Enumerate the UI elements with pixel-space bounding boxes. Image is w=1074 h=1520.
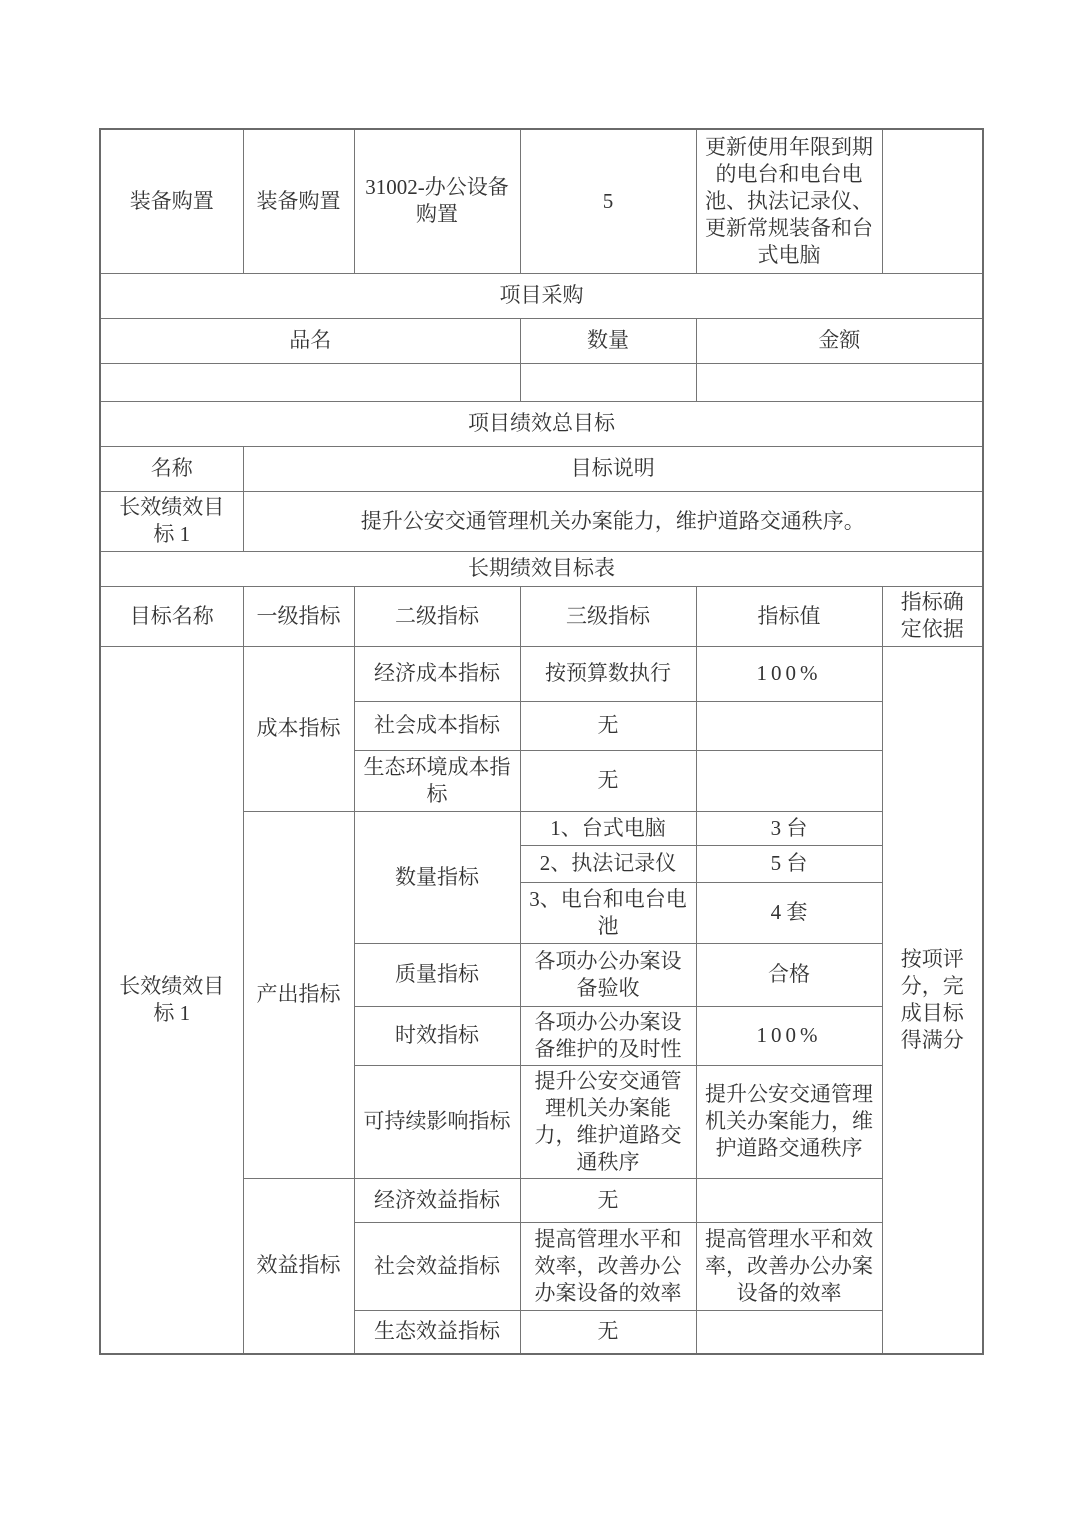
cell-value: 4 套: [696, 882, 882, 943]
cell-equipment-category: 装备购置: [100, 129, 243, 273]
cell-value: 3 台: [696, 811, 882, 845]
cell-level3: 3、电台和电台电池: [520, 882, 696, 943]
cell-longterm-goal-name: 长效绩效目标 1: [100, 646, 243, 1354]
cell-value: 100%: [696, 1006, 882, 1065]
cell-value: 合格: [696, 943, 882, 1006]
cell-equipment-item-code: 31002-办公设备购置: [354, 129, 520, 273]
cell-value: [696, 1310, 882, 1354]
col-header-goal-name: 名称: [100, 446, 243, 491]
col-header-product-name: 品名: [100, 318, 520, 363]
overall-goal-header-row: 名称 目标说明: [100, 446, 983, 491]
col-header-basis: 指标确定依据: [882, 586, 983, 646]
cell-level3: 各项办公办案设备维护的及时性: [520, 1006, 696, 1065]
procurement-empty-row: [100, 363, 983, 401]
section-title-longterm-table: 长期绩效目标表: [100, 551, 983, 586]
cell-equipment-quantity: 5: [520, 129, 696, 273]
cell-level3: 无: [520, 750, 696, 811]
cell-level2: 社会成本指标: [354, 701, 520, 750]
cell-equipment-description: 更新使用年限到期的电台和电台电池、执法记录仪、更新常规装备和台式电脑: [696, 129, 882, 273]
cell-level3: 提高管理水平和效率，改善办公办案设备的效率: [520, 1222, 696, 1310]
cell-level2: 生态环境成本指标: [354, 750, 520, 811]
col-header-level3: 三级指标: [520, 586, 696, 646]
cell-value: [696, 701, 882, 750]
overall-goal-title-row: 项目绩效总目标: [100, 401, 983, 446]
cell-level2-quantity: 数量指标: [354, 811, 520, 943]
cell-level3: 2、执法记录仪: [520, 845, 696, 882]
longterm-header-row: 目标名称 一级指标 二级指标 三级指标 指标值 指标确定依据: [100, 586, 983, 646]
col-header-level1: 一级指标: [243, 586, 354, 646]
document-page: 装备购置 装备购置 31002-办公设备购置 5 更新使用年限到期的电台和电台电…: [0, 0, 1074, 1520]
cell-quantity-empty: [520, 363, 696, 401]
section-title-procurement: 项目采购: [100, 273, 983, 318]
cell-level2: 经济效益指标: [354, 1178, 520, 1222]
cell-amount-empty: [696, 363, 983, 401]
cell-level2: 生态效益指标: [354, 1310, 520, 1354]
col-header-amount: 金额: [696, 318, 983, 363]
cell-value: [696, 1178, 882, 1222]
cell-equipment-subcategory: 装备购置: [243, 129, 354, 273]
cell-level1-cost: 成本指标: [243, 646, 354, 811]
col-header-value: 指标值: [696, 586, 882, 646]
cell-level3: 提升公安交通管理机关办案能力，维护道路交通秩序: [520, 1065, 696, 1178]
cell-overall-goal-name: 长效绩效目标 1: [100, 491, 243, 551]
cell-level3: 1、台式电脑: [520, 811, 696, 845]
longterm-title-row: 长期绩效目标表: [100, 551, 983, 586]
cell-value: 提高管理水平和效率，改善办公办案设备的效率: [696, 1222, 882, 1310]
col-header-longterm-goal-name: 目标名称: [100, 586, 243, 646]
col-header-level2: 二级指标: [354, 586, 520, 646]
cell-value: 5 台: [696, 845, 882, 882]
cell-equipment-note: [882, 129, 983, 273]
performance-report-table: 装备购置 装备购置 31002-办公设备购置 5 更新使用年限到期的电台和电台电…: [99, 128, 984, 1355]
cell-value: [696, 750, 882, 811]
cell-level2: 经济成本指标: [354, 646, 520, 701]
cell-overall-goal-description: 提升公安交通管理机关办案能力，维护道路交通秩序。: [243, 491, 983, 551]
section-title-overall-goal: 项目绩效总目标: [100, 401, 983, 446]
cell-level3: 无: [520, 1310, 696, 1354]
cell-level2: 可持续影响指标: [354, 1065, 520, 1178]
cell-level2: 时效指标: [354, 1006, 520, 1065]
cell-level3: 按预算数执行: [520, 646, 696, 701]
cell-value: 提升公安交通管理机关办案能力，维护道路交通秩序: [696, 1065, 882, 1178]
cell-basis: 按项评分，完成目标得满分: [882, 646, 983, 1354]
overall-goal-data-row: 长效绩效目标 1 提升公安交通管理机关办案能力，维护道路交通秩序。: [100, 491, 983, 551]
col-header-goal-description: 目标说明: [243, 446, 983, 491]
cell-level1-benefit: 效益指标: [243, 1178, 354, 1354]
table-row: 长效绩效目标 1 成本指标 经济成本指标 按预算数执行 100% 按项评分，完成…: [100, 646, 983, 701]
cell-level2: 质量指标: [354, 943, 520, 1006]
cell-product-name-empty: [100, 363, 520, 401]
cell-level3: 无: [520, 701, 696, 750]
cell-level3: 各项办公办案设备验收: [520, 943, 696, 1006]
procurement-title-row: 项目采购: [100, 273, 983, 318]
cell-level1-output: 产出指标: [243, 811, 354, 1178]
equipment-row: 装备购置 装备购置 31002-办公设备购置 5 更新使用年限到期的电台和电台电…: [100, 129, 983, 273]
col-header-quantity: 数量: [520, 318, 696, 363]
cell-level2: 社会效益指标: [354, 1222, 520, 1310]
procurement-header-row: 品名 数量 金额: [100, 318, 983, 363]
cell-level3: 无: [520, 1178, 696, 1222]
cell-value: 100%: [696, 646, 882, 701]
